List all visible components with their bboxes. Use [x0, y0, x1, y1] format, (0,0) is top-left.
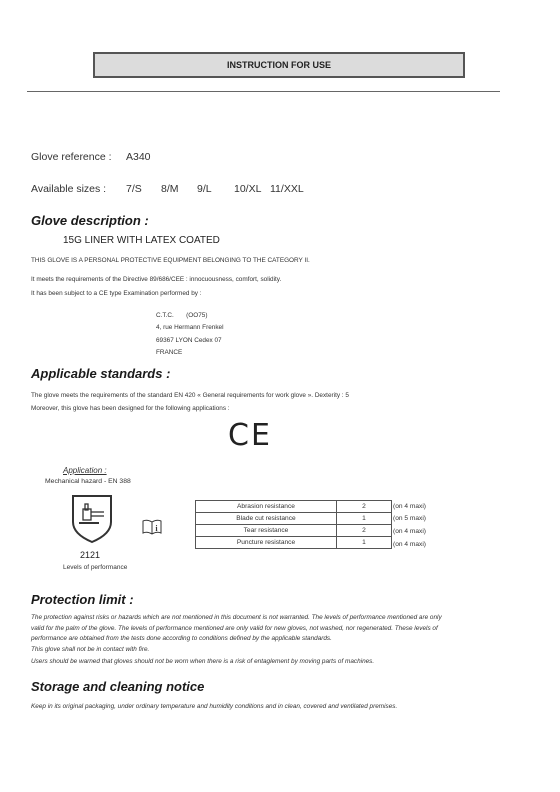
puncture-label: Puncture resistance: [196, 537, 337, 549]
glove-reference-value: A340: [126, 151, 151, 163]
standard-en420-statement: The glove meets the requirements of the …: [31, 392, 349, 399]
tear-value: 2: [337, 525, 392, 537]
applicable-standards-heading: Applicable standards :: [31, 366, 170, 381]
blade-cut-value: 1: [337, 513, 392, 525]
category-statement: THIS GLOVE IS A PERSONAL PROTECTIVE EQUI…: [31, 257, 310, 264]
examiner-name: C.T.C. (OO75): [156, 312, 208, 319]
size-10xl: 10/XL: [234, 183, 261, 195]
protection-line-4: This glove shall not be in contact with …: [31, 646, 149, 653]
abrasion-max: (on 4 maxi): [393, 503, 426, 510]
protection-line-5: Users should be warned that gloves shoul…: [31, 658, 374, 665]
examiner-country: FRANCE: [156, 349, 182, 356]
examination-statement: It has been subject to a CE type Examina…: [31, 290, 202, 297]
table-row: Blade cut resistance 1: [196, 513, 392, 525]
available-sizes-label: Available sizes :: [31, 183, 106, 195]
info-book-icon: i: [142, 519, 162, 535]
applications-intro: Moreover, this glove has been designed f…: [31, 405, 230, 412]
protection-line-1: The protection against risks or hazards …: [31, 614, 442, 621]
performance-table: Abrasion resistance 2 Blade cut resistan…: [195, 500, 392, 549]
size-8m: 8/M: [161, 183, 179, 195]
protection-limit-heading: Protection limit :: [31, 592, 134, 607]
blade-cut-max: (on 5 maxi): [393, 515, 426, 522]
table-row: Abrasion resistance 2: [196, 501, 392, 513]
abrasion-value: 2: [337, 501, 392, 513]
table-row: Puncture resistance 1: [196, 537, 392, 549]
header-divider: [27, 91, 500, 92]
application-title: Application :: [63, 466, 107, 475]
glove-reference-label: Glove reference :: [31, 151, 112, 163]
shield-hammer-icon: [70, 494, 114, 544]
tear-label: Tear resistance: [196, 525, 337, 537]
storage-heading: Storage and cleaning notice: [31, 679, 204, 694]
product-name: 15G LINER WITH LATEX COATED: [63, 235, 220, 246]
tear-max: (on 4 maxi): [393, 528, 426, 535]
protection-line-3: performance are obtained from the tests …: [31, 635, 332, 642]
examiner-street: 4, rue Hermann Frenkel: [156, 324, 224, 331]
directive-statement: It meets the requirements of the Directi…: [31, 276, 281, 283]
size-9l: 9/L: [197, 183, 212, 195]
size-7s: 7/S: [126, 183, 142, 195]
examiner-city: 69367 LYON Cedex 07: [156, 337, 222, 344]
performance-code-label: Levels of performance: [63, 564, 127, 571]
performance-code: 2121: [80, 550, 100, 560]
puncture-max: (on 4 maxi): [393, 541, 426, 548]
storage-text: Keep in its original packaging, under or…: [31, 703, 397, 710]
puncture-value: 1: [337, 537, 392, 549]
document-title: INSTRUCTION FOR USE: [93, 52, 465, 78]
blade-cut-label: Blade cut resistance: [196, 513, 337, 525]
protection-line-2: valid for the palm of the glove. The lev…: [31, 625, 438, 632]
size-11xxl: 11/XXL: [270, 183, 304, 195]
abrasion-label: Abrasion resistance: [196, 501, 337, 513]
svg-text:i: i: [155, 524, 158, 533]
ce-mark-icon: CE: [228, 418, 272, 453]
glove-description-heading: Glove description :: [31, 213, 149, 228]
table-row: Tear resistance 2: [196, 525, 392, 537]
hazard-label: Mechanical hazard - EN 388: [45, 478, 131, 485]
